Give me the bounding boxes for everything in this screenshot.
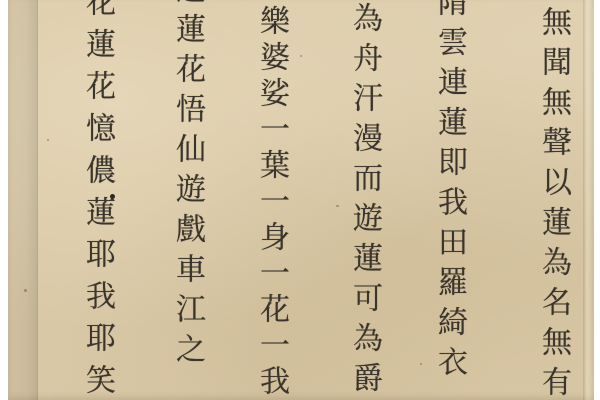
paper-speck [336, 205, 339, 207]
text-column-5: 蓮蓮花悟仙遊戲車江之 [172, 0, 202, 373]
ink-dot [110, 194, 115, 199]
text-column-2: 隋雲連蓮即我田羅綺衣 [434, 0, 464, 386]
text-column-6-leftmost: 花蓮花憶儂蓮耶我耶笑 [82, 0, 112, 400]
text-column-3: 為舟汗漫而遊蓮可為爵 [349, 2, 379, 400]
paper-speck [24, 289, 27, 292]
paper-left-edge-strip [8, 0, 38, 400]
paper-right-edge-seam [583, 0, 594, 400]
text-column-4: 樂婆娑一葉一身一花一我 [256, 5, 286, 400]
paper-speck [300, 55, 302, 57]
text-column-1-rightmost: 無聞無聲以蓮為名無有 [538, 6, 568, 400]
paper-speck [47, 139, 49, 141]
scanned-manuscript: 無聞無聲以蓮為名無有 隋雲連蓮即我田羅綺衣 為舟汗漫而遊蓮可為爵 樂婆娑一葉一身… [0, 0, 600, 400]
paper-speck [420, 363, 422, 365]
